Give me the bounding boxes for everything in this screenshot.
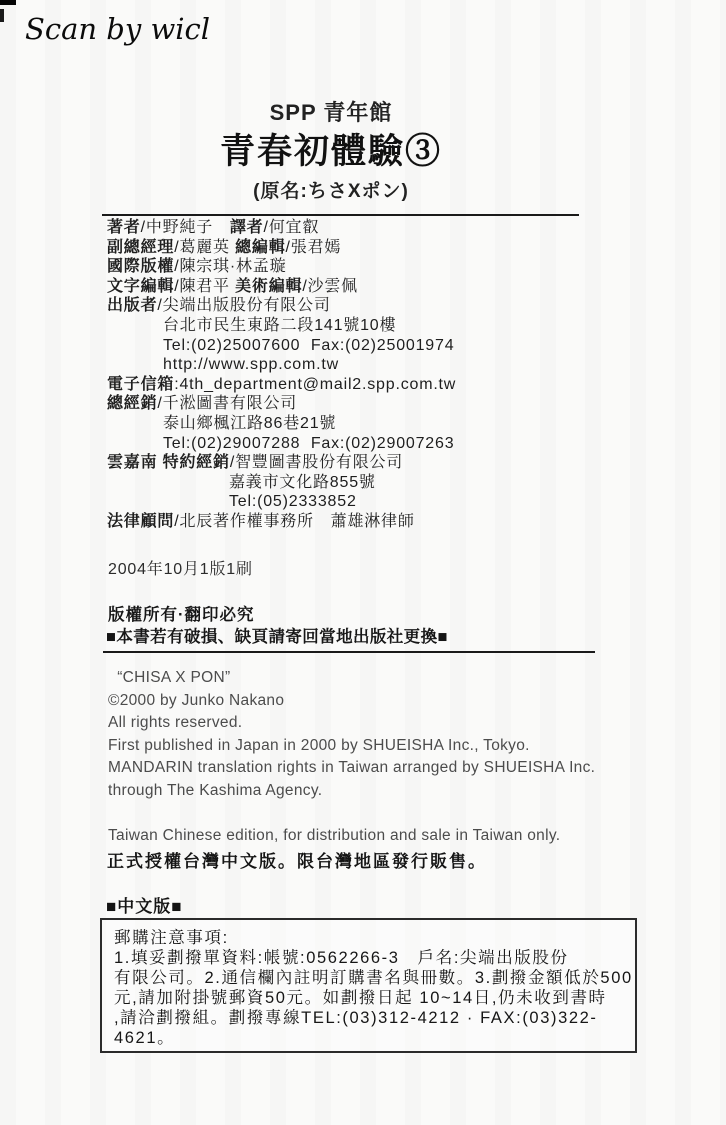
credit-line: 泰山鄉楓江路86巷21號 — [107, 414, 456, 434]
credit-role-label: 文字編輯 — [107, 278, 174, 295]
credit-role-label: 電子信箱 — [107, 376, 174, 393]
credit-value-text: Tel:(02)29007288 Fax:(02)29007263 — [163, 435, 454, 452]
credit-value-text: Tel:(05)2333852 — [229, 493, 357, 510]
credit-line: 台北市民生東路二段141號10樓 — [107, 316, 456, 336]
credit-role-label: 副總經理 — [107, 239, 174, 256]
scan-artifact-top — [0, 0, 16, 5]
chinese-edition-label: ■中文版■ — [106, 892, 183, 917]
en-line: ©2000 by Junko Nakano — [108, 690, 595, 713]
credit-value-text: /北辰著作權事務所 蕭雄淋律師 — [174, 513, 414, 530]
credit-line: Tel:(02)25007600 Fax:(02)25001974 — [107, 336, 456, 356]
box-line: 郵購注意事項: — [114, 929, 627, 949]
credit-line: 副總經理/葛麗英 總編輯/張君嫣 — [107, 238, 456, 258]
box-line: 4621。 — [114, 1029, 627, 1049]
credit-role-label: 出版者 — [107, 297, 157, 314]
damaged-copy-notice: ■本書若有破損、缺頁請寄回當地出版社更換■ — [106, 623, 448, 647]
credit-value-text — [213, 219, 230, 236]
credit-value-text: /智豐圖書股份有限公司 — [230, 454, 403, 471]
credit-value-text: 台北市民生東路二段141號10樓 — [163, 317, 396, 334]
imprint-name: SPP 青年館 — [0, 96, 662, 127]
divider-bottom — [103, 651, 595, 653]
credit-value-text: http://www.spp.com.tw — [163, 356, 339, 373]
box-line: 元,請加附掛號郵資50元。如劃撥日起 10~14日,仍未收到書時 — [114, 989, 627, 1009]
credit-line: http://www.spp.com.tw — [107, 355, 456, 375]
colophon-page: Scan by wicl SPP 青年館 青春初體驗③ (原名:ちさXポン) 著… — [0, 0, 726, 1125]
en-line: All rights reserved. — [108, 712, 595, 735]
credit-line: 總經銷/千淞圖書有限公司 — [107, 394, 456, 414]
credit-line: 文字編輯/陳君平 美術編輯/沙雲佩 — [107, 277, 456, 297]
english-copyright-block: “CHISA X PON”©2000 by Junko NakanoAll ri… — [108, 667, 595, 803]
credit-value-text: /何宜叡 — [263, 219, 319, 236]
credit-value-text: 嘉義市文化路855號 — [229, 474, 376, 491]
credit-role-label: 著者 — [107, 219, 141, 236]
credits-block: 著者/中野純子 譯者/何宜叡副總經理/葛麗英 總編輯/張君嫣國際版權/陳宗琪·林… — [107, 218, 456, 532]
credit-role-label: 法律顧問 — [107, 513, 174, 530]
taiwan-edition-english: Taiwan Chinese edition, for distribution… — [108, 827, 560, 845]
box-line: 有限公司。2.通信欄內註明訂購書名與冊數。3.劃撥金額低於500 — [114, 969, 627, 989]
credit-line: 電子信箱:4th_department@mail2.spp.com.tw — [107, 375, 456, 395]
mail-order-lines: 郵購注意事項:1.填妥劃撥單資料:帳號:0562266-3 戶名:尖端出版股份有… — [102, 920, 635, 1048]
credit-value-text: :4th_department@mail2.spp.com.tw — [174, 376, 456, 393]
credit-line: Tel:(02)29007288 Fax:(02)29007263 — [107, 434, 456, 454]
divider-top — [102, 214, 579, 216]
copyright-notice: 版權所有·翻印必究 — [108, 601, 255, 625]
credit-value-text: /葛麗英 — [174, 239, 235, 256]
credit-role-label: 總經銷 — [107, 395, 157, 412]
credit-role-label: 譯者 — [230, 219, 264, 236]
credit-value-text: 泰山鄉楓江路86巷21號 — [163, 415, 336, 432]
taiwan-edition-chinese: 正式授權台灣中文版。限台灣地區發行販售。 — [107, 847, 487, 872]
edition-printing: 2004年10月1版1刷 — [108, 556, 253, 579]
credit-value-text: /尖端出版股份有限公司 — [157, 297, 330, 314]
credit-line: 國際版權/陳宗琪·林孟璇 — [107, 257, 456, 277]
en-line: through The Kashima Agency. — [108, 780, 595, 803]
credit-role-label: 總編輯 — [235, 239, 285, 256]
credit-value-text: /中野純子 — [141, 219, 213, 236]
en-line: “CHISA X PON” — [108, 667, 595, 690]
credit-value-text: /陳宗琪·林孟璇 — [174, 258, 286, 275]
credit-line: 著者/中野純子 譯者/何宜叡 — [107, 218, 456, 238]
credit-line: 出版者/尖端出版股份有限公司 — [107, 296, 456, 316]
box-line: 1.填妥劃撥單資料:帳號:0562266-3 戶名:尖端出版股份 — [114, 949, 627, 969]
scan-artifact-left — [0, 9, 4, 22]
credit-value-text: /張君嫣 — [286, 239, 342, 256]
original-title: (原名:ちさXポン) — [0, 176, 662, 203]
en-line: First published in Japan in 2000 by SHUE… — [108, 735, 595, 758]
en-line: MANDARIN translation rights in Taiwan ar… — [108, 757, 595, 780]
scanner-credit: Scan by wicl — [25, 12, 210, 46]
mail-order-notice-box: 郵購注意事項:1.填妥劃撥單資料:帳號:0562266-3 戶名:尖端出版股份有… — [100, 918, 637, 1053]
credit-value-text: /沙雲佩 — [302, 278, 358, 295]
credit-value-text: /千淞圖書有限公司 — [157, 395, 297, 412]
credit-value-text: Tel:(02)25007600 Fax:(02)25001974 — [163, 337, 454, 354]
credit-line: 法律顧問/北辰著作權事務所 蕭雄淋律師 — [107, 512, 456, 532]
credit-line: 雲嘉南 特約經銷/智豐圖書股份有限公司 — [107, 453, 456, 473]
credit-role-label: 美術編輯 — [235, 278, 302, 295]
credit-line: Tel:(05)2333852 — [107, 492, 456, 512]
box-line: ,請洽劃撥組。劃撥專線TEL:(03)312-4212 · FAX:(03)32… — [114, 1009, 627, 1029]
book-title: 青春初體驗③ — [0, 124, 662, 174]
credit-line: 嘉義市文化路855號 — [107, 473, 456, 493]
credit-role-label: 雲嘉南 特約經銷 — [107, 454, 230, 471]
credit-value-text: /陳君平 — [174, 278, 235, 295]
credit-role-label: 國際版權 — [107, 258, 174, 275]
